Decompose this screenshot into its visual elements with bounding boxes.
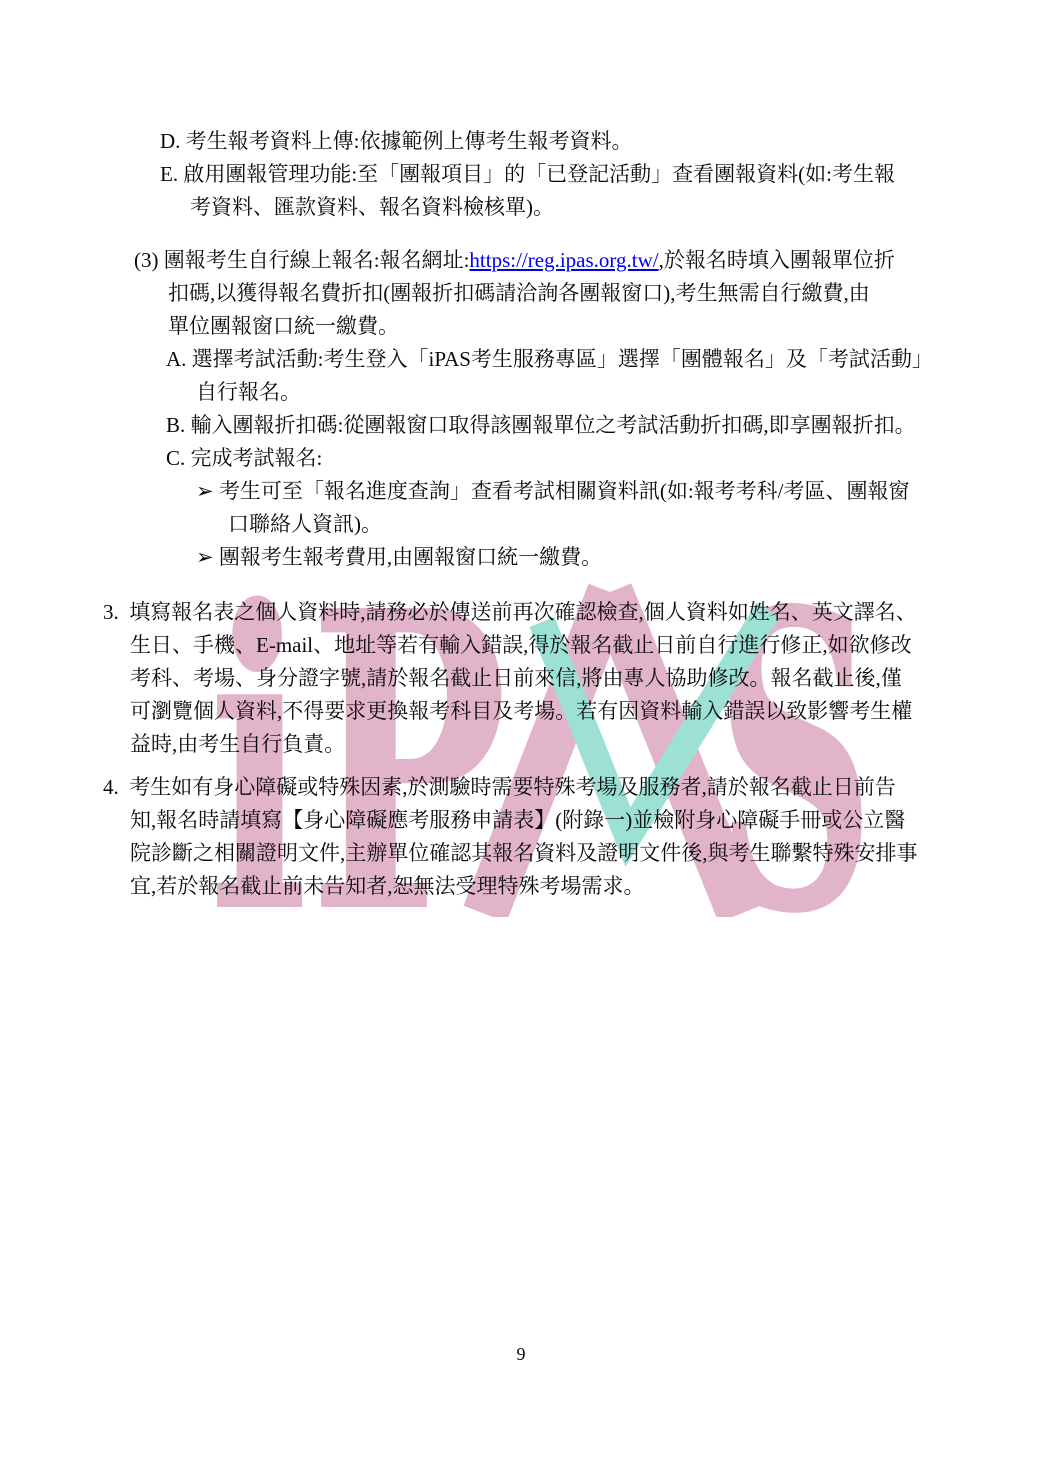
text-run: 單位團報窗口統一繳費。 bbox=[168, 314, 399, 338]
text-run: ➢ 考生可至「報名進度查詢」查看考試相關資料訊(如:報考考科/考區、團報窗 bbox=[196, 479, 910, 503]
text-run: 考科、考場、身分證字號,請於報名截止日前來信,將由專人協助修改。報名截止後,僅 bbox=[130, 666, 902, 690]
text-line: 扣碼,以獲得報名費折扣(團報折扣碼請洽詢各團報窗口),考生無需自行繳費,由 bbox=[168, 277, 1042, 310]
text-line: 4. 考生如有身心障礙或特殊因素,於測驗時需要特殊考場及服務者,請於報名截止日前… bbox=[103, 771, 1042, 804]
text-line: 考科、考場、身分證字號,請於報名截止日前來信,將由專人協助修改。報名截止後,僅 bbox=[130, 662, 1042, 695]
text-run: 自行報名。 bbox=[196, 380, 301, 404]
text-line: 口聯絡人資訊)。 bbox=[228, 508, 1042, 541]
text-run: 可瀏覽個人資料,不得要求更換報考科目及考場。若有因資料輸入錯誤以致影響考生權 bbox=[130, 699, 912, 723]
text-line: A. 選擇考試活動:考生登入「iPAS考生服務專區」選擇「團體報名」及「考試活動… bbox=[166, 343, 1042, 376]
page: { "page": { "page_number": "9" }, "color… bbox=[0, 0, 1042, 1474]
text-line: D. 考生報考資料上傳:依據範例上傳考生報考資料。 bbox=[160, 125, 1042, 158]
text-line: 益時,由考生自行負責。 bbox=[130, 728, 1042, 761]
text-line: 生日、手機、E-mail、地址等若有輸入錯誤,得於報名截止日前自行進行修正,如欲… bbox=[130, 629, 1042, 662]
text-run: 口聯絡人資訊)。 bbox=[228, 512, 382, 536]
page-number: 9 bbox=[0, 1342, 1042, 1366]
text-line: 單位團報窗口統一繳費。 bbox=[168, 310, 1042, 343]
text-line: ➢ 考生可至「報名進度查詢」查看考試相關資料訊(如:報考考科/考區、團報窗 bbox=[196, 475, 1042, 508]
text-run: 生日、手機、E-mail、地址等若有輸入錯誤,得於報名截止日前自行進行修正,如欲… bbox=[130, 633, 912, 657]
text-run: 知,報名時請填寫【身心障礙應考服務申請表】(附錄一)並檢附身心障礙手冊或公立醫 bbox=[130, 808, 905, 832]
text-run: 4. 考生如有身心障礙或特殊因素,於測驗時需要特殊考場及服務者,請於報名截止日前… bbox=[103, 775, 896, 799]
text-line: B. 輸入團報折扣碼:從團報窗口取得該團報單位之考試活動折扣碼,即享團報折扣。 bbox=[166, 409, 1042, 442]
text-run: 3. 填寫報名表之個人資料時,請務必於傳送前再次確認檢查,個人資料如姓名、英文譯… bbox=[103, 600, 917, 624]
text-run: 扣碼,以獲得報名費折扣(團報折扣碼請洽詢各團報窗口),考生無需自行繳費,由 bbox=[168, 281, 870, 305]
text-line: 自行報名。 bbox=[196, 376, 1042, 409]
text-run: 益時,由考生自行負責。 bbox=[130, 732, 345, 756]
text-run: (3) 團報考生自行線上報名:報名網址: bbox=[134, 248, 469, 272]
text-line: C. 完成考試報名: bbox=[166, 442, 1042, 475]
text-run: E. 啟用團報管理功能:至「團報項目」的「已登記活動」查看團報資料(如:考生報 bbox=[160, 162, 895, 186]
text-line: 知,報名時請填寫【身心障礙應考服務申請表】(附錄一)並檢附身心障礙手冊或公立醫 bbox=[130, 804, 1042, 837]
text-run: 宜,若於報名截止前未告知者,恕無法受理特殊考場需求。 bbox=[130, 874, 645, 898]
text-line: 考資料、匯款資料、報名資料檢核單)。 bbox=[190, 191, 1042, 224]
text-line: E. 啟用團報管理功能:至「團報項目」的「已登記活動」查看團報資料(如:考生報 bbox=[160, 158, 1042, 191]
text-run: ➢ 團報考生報考費用,由團報窗口統一繳費。 bbox=[196, 545, 602, 569]
document-lines: D. 考生報考資料上傳:依據範例上傳考生報考資料。E. 啟用團報管理功能:至「團… bbox=[0, 125, 1042, 903]
text-run: 考資料、匯款資料、報名資料檢核單)。 bbox=[190, 195, 554, 219]
text-line: 可瀏覽個人資料,不得要求更換報考科目及考場。若有因資料輸入錯誤以致影響考生權 bbox=[130, 695, 1042, 728]
text-line: 3. 填寫報名表之個人資料時,請務必於傳送前再次確認檢查,個人資料如姓名、英文譯… bbox=[103, 596, 1042, 629]
text-line: ➢ 團報考生報考費用,由團報窗口統一繳費。 bbox=[196, 541, 1042, 574]
text-line: (3) 團報考生自行線上報名:報名網址:https://reg.ipas.org… bbox=[134, 244, 1042, 277]
text-line: 宜,若於報名截止前未告知者,恕無法受理特殊考場需求。 bbox=[130, 870, 1042, 903]
text-run: ,於報名時填入團報單位折 bbox=[659, 248, 895, 272]
text-run: C. 完成考試報名: bbox=[166, 446, 322, 470]
text-run: D. 考生報考資料上傳:依據範例上傳考生報考資料。 bbox=[160, 129, 633, 153]
text-run: B. 輸入團報折扣碼:從團報窗口取得該團報單位之考試活動折扣碼,即享團報折扣。 bbox=[166, 413, 916, 437]
text-run: A. 選擇考試活動:考生登入「iPAS考生服務專區」選擇「團體報名」及「考試活動… bbox=[166, 347, 933, 371]
text-run: 院診斷之相關證明文件,主辦單位確認其報名資料及證明文件後,與考生聯繫特殊安排事 bbox=[130, 841, 918, 865]
text-line: 院診斷之相關證明文件,主辦單位確認其報名資料及證明文件後,與考生聯繫特殊安排事 bbox=[130, 837, 1042, 870]
registration-url-link[interactable]: https://reg.ipas.org.tw/ bbox=[469, 248, 658, 272]
